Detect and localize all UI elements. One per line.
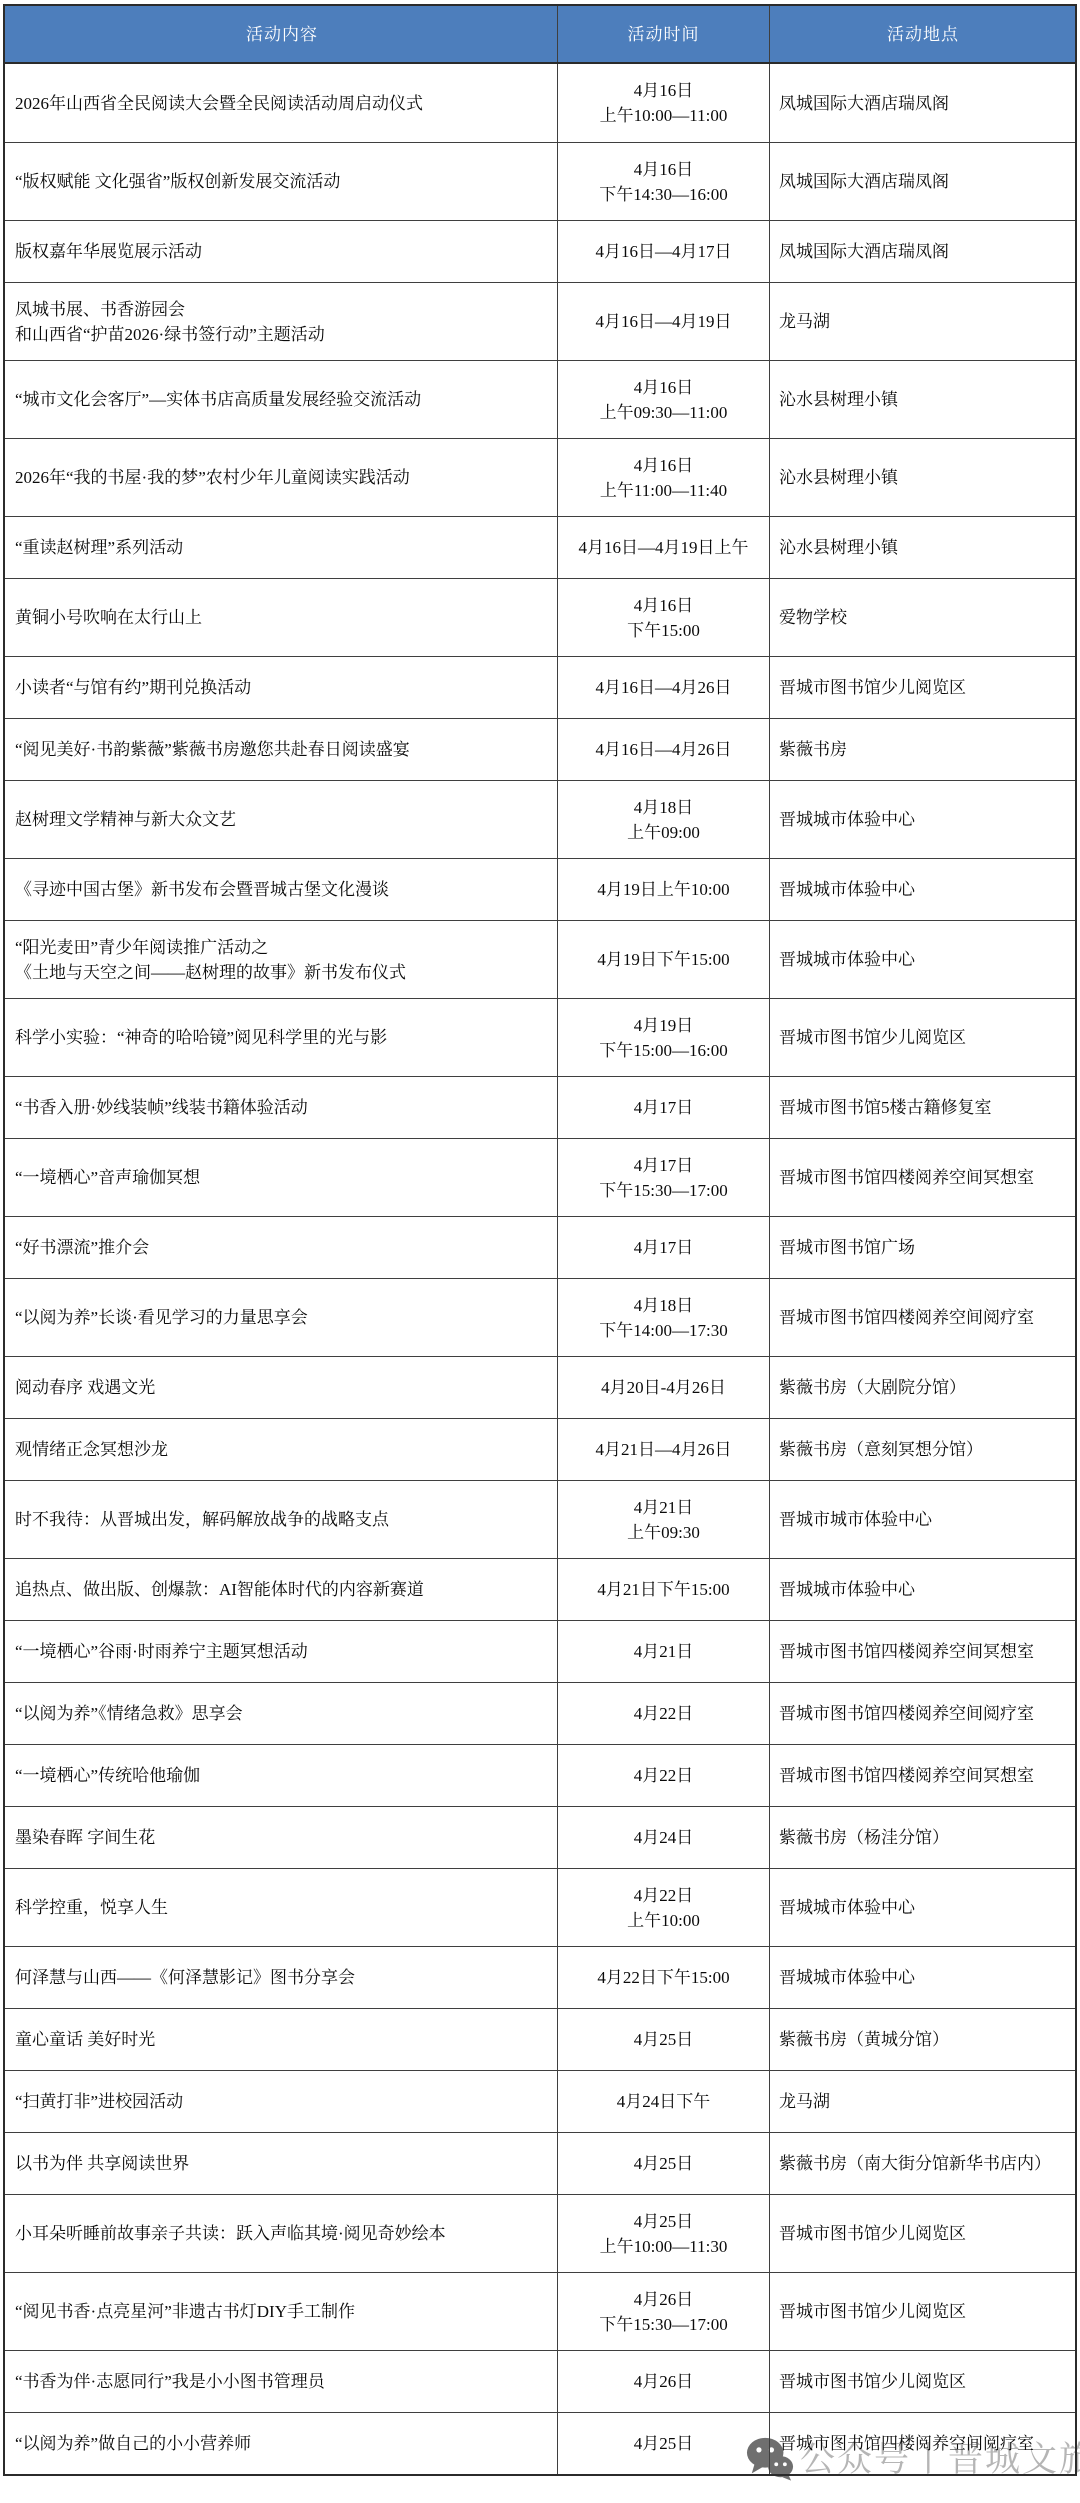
event-content-cell: 科学控重，悦享人生	[5, 1869, 558, 1946]
table-row: “一境栖心”音声瑜伽冥想 4月17日 下午15:30—17:00 晋城市图书馆四…	[5, 1138, 1075, 1216]
event-location-cell: 晋城市图书馆四楼阅养空间冥想室	[770, 1621, 1075, 1682]
table-row: “阳光麦田”青少年阅读推广活动之 《土地与天空之间——赵树理的故事》新书发布仪式…	[5, 920, 1075, 998]
table-row: 凤城书展、书香游园会 和山西省“护苗2026·绿书签行动”主题活动 4月16日—…	[5, 282, 1075, 360]
table-row: “城市文化会客厅”—实体书店高质量发展经验交流活动 4月16日 上午09:30—…	[5, 360, 1075, 438]
event-content-cell: “一境栖心”传统哈他瑜伽	[5, 1745, 558, 1806]
event-time-cell: 4月19日上午10:00	[558, 859, 770, 920]
event-location-cell: 爱物学校	[770, 579, 1075, 656]
event-time-cell: 4月16日 下午14:30—16:00	[558, 143, 770, 220]
event-location-cell: 晋城市图书馆少儿阅览区	[770, 2273, 1075, 2350]
event-time-cell: 4月22日	[558, 1745, 770, 1806]
table-row: 科学控重，悦享人生 4月22日 上午10:00 晋城城市体验中心	[5, 1868, 1075, 1946]
event-content-cell: “书香入册·妙线装帧”线装书籍体验活动	[5, 1077, 558, 1138]
event-time-cell: 4月16日 上午10:00—11:00	[558, 64, 770, 142]
event-content-cell: 以书为伴 共享阅读世界	[5, 2133, 558, 2194]
table-body: 2026年山西省全民阅读大会暨全民阅读活动周启动仪式 4月16日 上午10:00…	[5, 64, 1075, 2474]
event-time-cell: 4月16日—4月26日	[558, 719, 770, 780]
event-location-cell: 晋城市图书馆少儿阅览区	[770, 999, 1075, 1076]
event-content-cell: 时不我待：从晋城出发，解码解放战争的战略支点	[5, 1481, 558, 1558]
table-row: 《寻迹中国古堡》新书发布会暨晋城古堡文化漫谈 4月19日上午10:00 晋城城市…	[5, 858, 1075, 920]
event-time-cell: 4月16日 上午09:30—11:00	[558, 361, 770, 438]
event-content-cell: 小读者“与馆有约”期刊兑换活动	[5, 657, 558, 718]
table-row: 黄铜小号吹响在太行山上 4月16日 下午15:00 爱物学校	[5, 578, 1075, 656]
event-time-cell: 4月25日	[558, 2413, 770, 2474]
event-location-cell: 晋城市图书馆四楼阅养空间冥想室	[770, 1139, 1075, 1216]
event-location-cell: 晋城市图书馆四楼阅养空间阅疗室	[770, 2413, 1075, 2474]
table-row: 以书为伴 共享阅读世界 4月25日 紫薇书房（南大街分馆新华书店内）	[5, 2132, 1075, 2194]
event-location-cell: 晋城市图书馆四楼阅养空间阅疗室	[770, 1279, 1075, 1356]
event-time-cell: 4月21日—4月26日	[558, 1419, 770, 1480]
table-row: 小耳朵听睡前故事亲子共读：跃入声临其境·阅见奇妙绘本 4月25日 上午10:00…	[5, 2194, 1075, 2272]
event-time-cell: 4月18日 下午14:00—17:30	[558, 1279, 770, 1356]
table-row: “以阅为养”长谈·看见学习的力量思享会 4月18日 下午14:00—17:30 …	[5, 1278, 1075, 1356]
event-content-cell: “以阅为养”做自己的小小营养师	[5, 2413, 558, 2474]
event-location-cell: 紫薇书房	[770, 719, 1075, 780]
event-time-cell: 4月22日	[558, 1683, 770, 1744]
table-row: “阅见书香·点亮星河”非遗古书灯DIY手工制作 4月26日 下午15:30—17…	[5, 2272, 1075, 2350]
event-content-cell: 《寻迹中国古堡》新书发布会暨晋城古堡文化漫谈	[5, 859, 558, 920]
event-content-cell: 观情绪正念冥想沙龙	[5, 1419, 558, 1480]
event-content-cell: 赵树理文学精神与新大众文艺	[5, 781, 558, 858]
event-time-cell: 4月16日—4月19日	[558, 283, 770, 360]
event-content-cell: 版权嘉年华展览展示活动	[5, 221, 558, 282]
event-time-cell: 4月22日 上午10:00	[558, 1869, 770, 1946]
table-row: 阅动春序 戏遇文光 4月20日-4月26日 紫薇书房（大剧院分馆）	[5, 1356, 1075, 1418]
event-time-cell: 4月17日	[558, 1077, 770, 1138]
event-time-cell: 4月18日 上午09:00	[558, 781, 770, 858]
table-row: 版权嘉年华展览展示活动 4月16日—4月17日 凤城国际大酒店瑞凤阁	[5, 220, 1075, 282]
event-content-cell: 凤城书展、书香游园会 和山西省“护苗2026·绿书签行动”主题活动	[5, 283, 558, 360]
event-time-cell: 4月16日 上午11:00—11:40	[558, 439, 770, 516]
event-content-cell: 科学小实验：“神奇的哈哈镜”阅见科学里的光与影	[5, 999, 558, 1076]
event-content-cell: 阅动春序 戏遇文光	[5, 1357, 558, 1418]
event-location-cell: 晋城市图书馆少儿阅览区	[770, 657, 1075, 718]
event-location-cell: 紫薇书房（黄城分馆）	[770, 2009, 1075, 2070]
event-time-cell: 4月21日 上午09:30	[558, 1481, 770, 1558]
event-location-cell: 晋城市图书馆5楼古籍修复室	[770, 1077, 1075, 1138]
event-content-cell: 2026年山西省全民阅读大会暨全民阅读活动周启动仪式	[5, 64, 558, 142]
event-time-cell: 4月25日 上午10:00—11:30	[558, 2195, 770, 2272]
event-content-cell: 小耳朵听睡前故事亲子共读：跃入声临其境·阅见奇妙绘本	[5, 2195, 558, 2272]
event-location-cell: 沁水县树理小镇	[770, 517, 1075, 578]
event-content-cell: “重读赵树理”系列活动	[5, 517, 558, 578]
header-activity-time: 活动时间	[558, 6, 770, 62]
table-row: “扫黄打非”进校园活动 4月24日下午 龙马湖	[5, 2070, 1075, 2132]
table-header-row: 活动内容 活动时间 活动地点	[5, 6, 1075, 64]
event-location-cell: 紫薇书房（大剧院分馆）	[770, 1357, 1075, 1418]
event-time-cell: 4月16日—4月17日	[558, 221, 770, 282]
event-content-cell: “扫黄打非”进校园活动	[5, 2071, 558, 2132]
event-location-cell: 凤城国际大酒店瑞凤阁	[770, 64, 1075, 142]
table-row: “阅见美好·书韵紫薇”紫薇书房邀您共赴春日阅读盛宴 4月16日—4月26日 紫薇…	[5, 718, 1075, 780]
event-location-cell: 晋城城市体验中心	[770, 1559, 1075, 1620]
event-time-cell: 4月19日 下午15:00—16:00	[558, 999, 770, 1076]
event-content-cell: “一境栖心”谷雨·时雨养宁主题冥想活动	[5, 1621, 558, 1682]
table-row: “一境栖心”传统哈他瑜伽 4月22日 晋城市图书馆四楼阅养空间冥想室	[5, 1744, 1075, 1806]
event-time-cell: 4月16日—4月26日	[558, 657, 770, 718]
event-content-cell: 2026年“我的书屋·我的梦”农村少年儿童阅读实践活动	[5, 439, 558, 516]
event-location-cell: 晋城城市体验中心	[770, 1947, 1075, 2008]
event-time-cell: 4月26日 下午15:30—17:00	[558, 2273, 770, 2350]
table-row: 小读者“与馆有约”期刊兑换活动 4月16日—4月26日 晋城市图书馆少儿阅览区	[5, 656, 1075, 718]
event-time-cell: 4月20日-4月26日	[558, 1357, 770, 1418]
header-activity-location: 活动地点	[770, 6, 1075, 62]
event-content-cell: “以阅为养”《情绪急救》思享会	[5, 1683, 558, 1744]
table-row: 2026年山西省全民阅读大会暨全民阅读活动周启动仪式 4月16日 上午10:00…	[5, 64, 1075, 142]
event-content-cell: “一境栖心”音声瑜伽冥想	[5, 1139, 558, 1216]
event-location-cell: 沁水县树理小镇	[770, 361, 1075, 438]
event-content-cell: “阅见美好·书韵紫薇”紫薇书房邀您共赴春日阅读盛宴	[5, 719, 558, 780]
table-row: 何泽慧与山西——《何泽慧影记》图书分享会 4月22日下午15:00 晋城城市体验…	[5, 1946, 1075, 2008]
event-time-cell: 4月19日下午15:00	[558, 921, 770, 998]
event-content-cell: “阅见书香·点亮星河”非遗古书灯DIY手工制作	[5, 2273, 558, 2350]
event-content-cell: 墨染春晖 字间生花	[5, 1807, 558, 1868]
event-time-cell: 4月25日	[558, 2009, 770, 2070]
event-content-cell: “版权赋能 文化强省”版权创新发展交流活动	[5, 143, 558, 220]
event-location-cell: 晋城市图书馆少儿阅览区	[770, 2195, 1075, 2272]
event-content-cell: 追热点、做出版、创爆款：AI智能体时代的内容新赛道	[5, 1559, 558, 1620]
event-location-cell: 紫薇书房（南大街分馆新华书店内）	[770, 2133, 1075, 2194]
event-time-cell: 4月17日 下午15:30—17:00	[558, 1139, 770, 1216]
event-location-cell: 晋城市图书馆四楼阅养空间阅疗室	[770, 1683, 1075, 1744]
event-time-cell: 4月25日	[558, 2133, 770, 2194]
event-time-cell: 4月16日—4月19日上午	[558, 517, 770, 578]
event-time-cell: 4月22日下午15:00	[558, 1947, 770, 2008]
table-row: “版权赋能 文化强省”版权创新发展交流活动 4月16日 下午14:30—16:0…	[5, 142, 1075, 220]
event-content-cell: 何泽慧与山西——《何泽慧影记》图书分享会	[5, 1947, 558, 2008]
event-time-cell: 4月17日	[558, 1217, 770, 1278]
table-row: 童心童话 美好时光 4月25日 紫薇书房（黄城分馆）	[5, 2008, 1075, 2070]
event-content-cell: 黄铜小号吹响在太行山上	[5, 579, 558, 656]
event-location-cell: 晋城城市体验中心	[770, 859, 1075, 920]
event-content-cell: “书香为伴·志愿同行”我是小小图书管理员	[5, 2351, 558, 2412]
event-content-cell: “以阅为养”长谈·看见学习的力量思享会	[5, 1279, 558, 1356]
table-row: 科学小实验：“神奇的哈哈镜”阅见科学里的光与影 4月19日 下午15:00—16…	[5, 998, 1075, 1076]
table-row: “书香入册·妙线装帧”线装书籍体验活动 4月17日 晋城市图书馆5楼古籍修复室	[5, 1076, 1075, 1138]
event-time-cell: 4月21日下午15:00	[558, 1559, 770, 1620]
table-row: “一境栖心”谷雨·时雨养宁主题冥想活动 4月21日 晋城市图书馆四楼阅养空间冥想…	[5, 1620, 1075, 1682]
table-row: “以阅为养”做自己的小小营养师 4月25日 晋城市图书馆四楼阅养空间阅疗室	[5, 2412, 1075, 2474]
event-time-cell: 4月24日下午	[558, 2071, 770, 2132]
event-location-cell: 沁水县树理小镇	[770, 439, 1075, 516]
table-row: 赵树理文学精神与新大众文艺 4月18日 上午09:00 晋城城市体验中心	[5, 780, 1075, 858]
table-row: “好书漂流”推介会 4月17日 晋城市图书馆广场	[5, 1216, 1075, 1278]
page: { "header": { "content": "活动内容", "time":…	[0, 0, 1080, 2503]
event-content-cell: “阳光麦田”青少年阅读推广活动之 《土地与天空之间——赵树理的故事》新书发布仪式	[5, 921, 558, 998]
table-row: 追热点、做出版、创爆款：AI智能体时代的内容新赛道 4月21日下午15:00 晋…	[5, 1558, 1075, 1620]
header-activity-content: 活动内容	[5, 6, 558, 62]
events-table: 活动内容 活动时间 活动地点 2026年山西省全民阅读大会暨全民阅读活动周启动仪…	[3, 4, 1077, 2476]
event-time-cell: 4月21日	[558, 1621, 770, 1682]
event-location-cell: 凤城国际大酒店瑞凤阁	[770, 143, 1075, 220]
event-location-cell: 晋城市图书馆四楼阅养空间冥想室	[770, 1745, 1075, 1806]
event-content-cell: “好书漂流”推介会	[5, 1217, 558, 1278]
table-row: 观情绪正念冥想沙龙 4月21日—4月26日 紫薇书房（意刻冥想分馆）	[5, 1418, 1075, 1480]
event-location-cell: 晋城城市体验中心	[770, 921, 1075, 998]
event-time-cell: 4月26日	[558, 2351, 770, 2412]
event-location-cell: 龙马湖	[770, 2071, 1075, 2132]
event-location-cell: 紫薇书房（杨洼分馆）	[770, 1807, 1075, 1868]
event-location-cell: 晋城城市体验中心	[770, 1869, 1075, 1946]
table-row: “重读赵树理”系列活动 4月16日—4月19日上午 沁水县树理小镇	[5, 516, 1075, 578]
event-time-cell: 4月24日	[558, 1807, 770, 1868]
table-row: 墨染春晖 字间生花 4月24日 紫薇书房（杨洼分馆）	[5, 1806, 1075, 1868]
event-location-cell: 紫薇书房（意刻冥想分馆）	[770, 1419, 1075, 1480]
table-row: “书香为伴·志愿同行”我是小小图书管理员 4月26日 晋城市图书馆少儿阅览区	[5, 2350, 1075, 2412]
event-content-cell: “城市文化会客厅”—实体书店高质量发展经验交流活动	[5, 361, 558, 438]
event-time-cell: 4月16日 下午15:00	[558, 579, 770, 656]
event-location-cell: 凤城国际大酒店瑞凤阁	[770, 221, 1075, 282]
event-location-cell: 晋城城市体验中心	[770, 781, 1075, 858]
event-location-cell: 晋城市图书馆广场	[770, 1217, 1075, 1278]
table-row: 2026年“我的书屋·我的梦”农村少年儿童阅读实践活动 4月16日 上午11:0…	[5, 438, 1075, 516]
event-location-cell: 晋城市图书馆少儿阅览区	[770, 2351, 1075, 2412]
event-content-cell: 童心童话 美好时光	[5, 2009, 558, 2070]
table-row: 时不我待：从晋城出发，解码解放战争的战略支点 4月21日 上午09:30 晋城市…	[5, 1480, 1075, 1558]
event-location-cell: 晋城市城市体验中心	[770, 1481, 1075, 1558]
event-location-cell: 龙马湖	[770, 283, 1075, 360]
table-row: “以阅为养”《情绪急救》思享会 4月22日 晋城市图书馆四楼阅养空间阅疗室	[5, 1682, 1075, 1744]
